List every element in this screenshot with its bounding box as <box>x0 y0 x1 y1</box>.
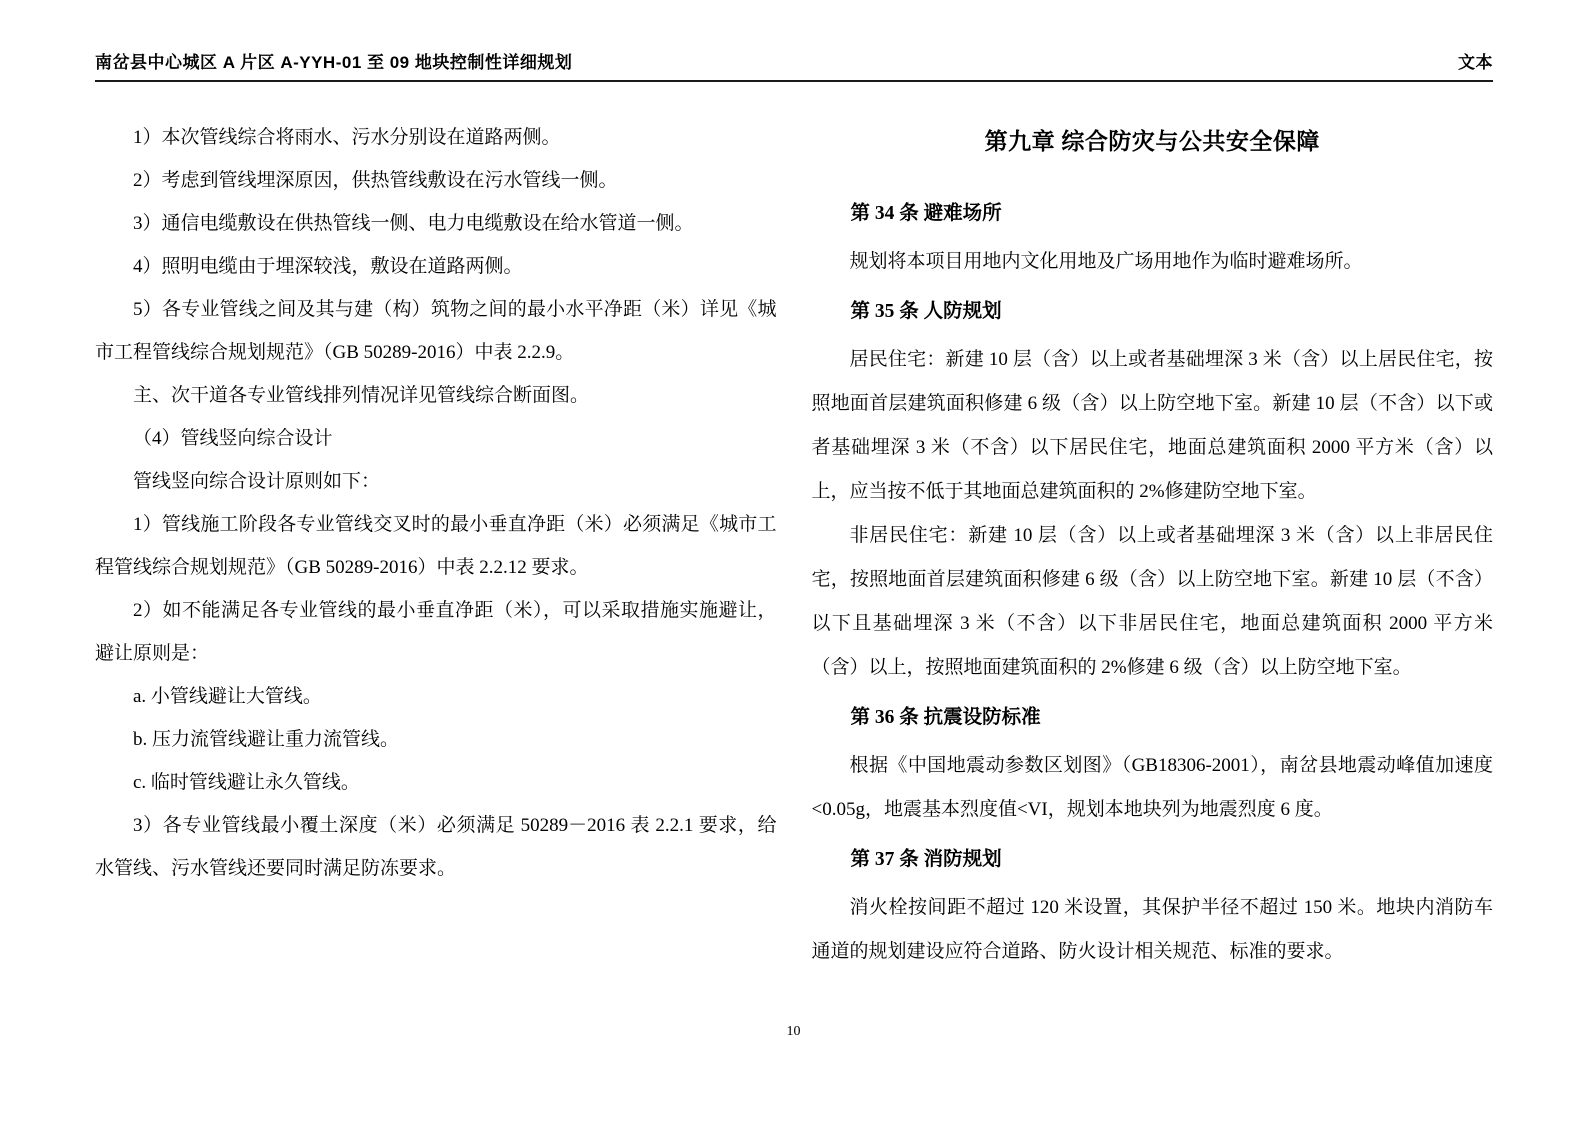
article-paragraph: 消火栓按间距不超过 120 米设置，其保护半径不超过 150 米。地块内消防车通… <box>812 886 1494 974</box>
page-number: 10 <box>787 1024 801 1039</box>
content-columns: 1）本次管线综合将雨水、污水分别设在道路两侧。 2）考虑到管线埋深原因，供热管线… <box>95 116 1493 974</box>
article-paragraph: 居民住宅：新建 10 层（含）以上或者基础埋深 3 米（含）以上居民住宅，按照地… <box>812 338 1494 514</box>
list-item: 1）本次管线综合将雨水、污水分别设在道路两侧。 <box>95 116 777 159</box>
article-heading-34: 第 34 条 避难场所 <box>812 192 1494 236</box>
article-paragraph: 规划将本项目用地内文化用地及广场用地作为临时避难场所。 <box>812 240 1494 284</box>
list-item: 4）照明电缆由于埋深较浅，敷设在道路两侧。 <box>95 245 777 288</box>
paragraph: 管线竖向综合设计原则如下： <box>95 460 777 503</box>
page-header: 南岔县中心城区 A 片区 A-YYH-01 至 09 地块控制性详细规划 文本 <box>95 48 1493 82</box>
header-document-title: 南岔县中心城区 A 片区 A-YYH-01 至 09 地块控制性详细规划 <box>95 48 572 73</box>
list-item: a. 小管线避让大管线。 <box>95 675 777 718</box>
list-item: 2）考虑到管线埋深原因，供热管线敷设在污水管线一侧。 <box>95 159 777 202</box>
header-doc-type-label: 文本 <box>1458 48 1493 73</box>
document-page: 南岔县中心城区 A 片区 A-YYH-01 至 09 地块控制性详细规划 文本 … <box>0 0 1587 1122</box>
article-paragraph: 非居民住宅：新建 10 层（含）以上或者基础埋深 3 米（含）以上非居民住宅，按… <box>812 514 1494 690</box>
list-item: c. 临时管线避让永久管线。 <box>95 761 777 804</box>
list-item: b. 压力流管线避让重力流管线。 <box>95 718 777 761</box>
article-paragraph: 根据《中国地震动参数区划图》（GB18306-2001），南岔县地震动峰值加速度… <box>812 744 1494 832</box>
chapter-title: 第九章 综合防灾与公共安全保障 <box>812 126 1494 158</box>
sub-section-title: （4）管线竖向综合设计 <box>95 417 777 460</box>
article-heading-37: 第 37 条 消防规划 <box>812 838 1494 882</box>
article-heading-35: 第 35 条 人防规划 <box>812 290 1494 334</box>
right-column: 第九章 综合防灾与公共安全保障 第 34 条 避难场所 规划将本项目用地内文化用… <box>812 116 1494 974</box>
list-item: 1）管线施工阶段各专业管线交叉时的最小垂直净距（米）必须满足《城市工程管线综合规… <box>95 503 777 589</box>
list-item: 3）通信电缆敷设在供热管线一侧、电力电缆敷设在给水管道一侧。 <box>95 202 777 245</box>
left-column: 1）本次管线综合将雨水、污水分别设在道路两侧。 2）考虑到管线埋深原因，供热管线… <box>95 116 777 974</box>
list-item: 3）各专业管线最小覆土深度（米）必须满足 50289－2016 表 2.2.1 … <box>95 804 777 890</box>
list-item: 2）如不能满足各专业管线的最小垂直净距（米），可以采取措施实施避让，避让原则是： <box>95 589 777 675</box>
list-item: 5）各专业管线之间及其与建（构）筑物之间的最小水平净距（米）详见《城市工程管线综… <box>95 288 777 374</box>
page-footer: 10 <box>0 1024 1587 1040</box>
paragraph: 主、次干道各专业管线排列情况详见管线综合断面图。 <box>95 374 777 417</box>
article-heading-36: 第 36 条 抗震设防标准 <box>812 696 1494 740</box>
